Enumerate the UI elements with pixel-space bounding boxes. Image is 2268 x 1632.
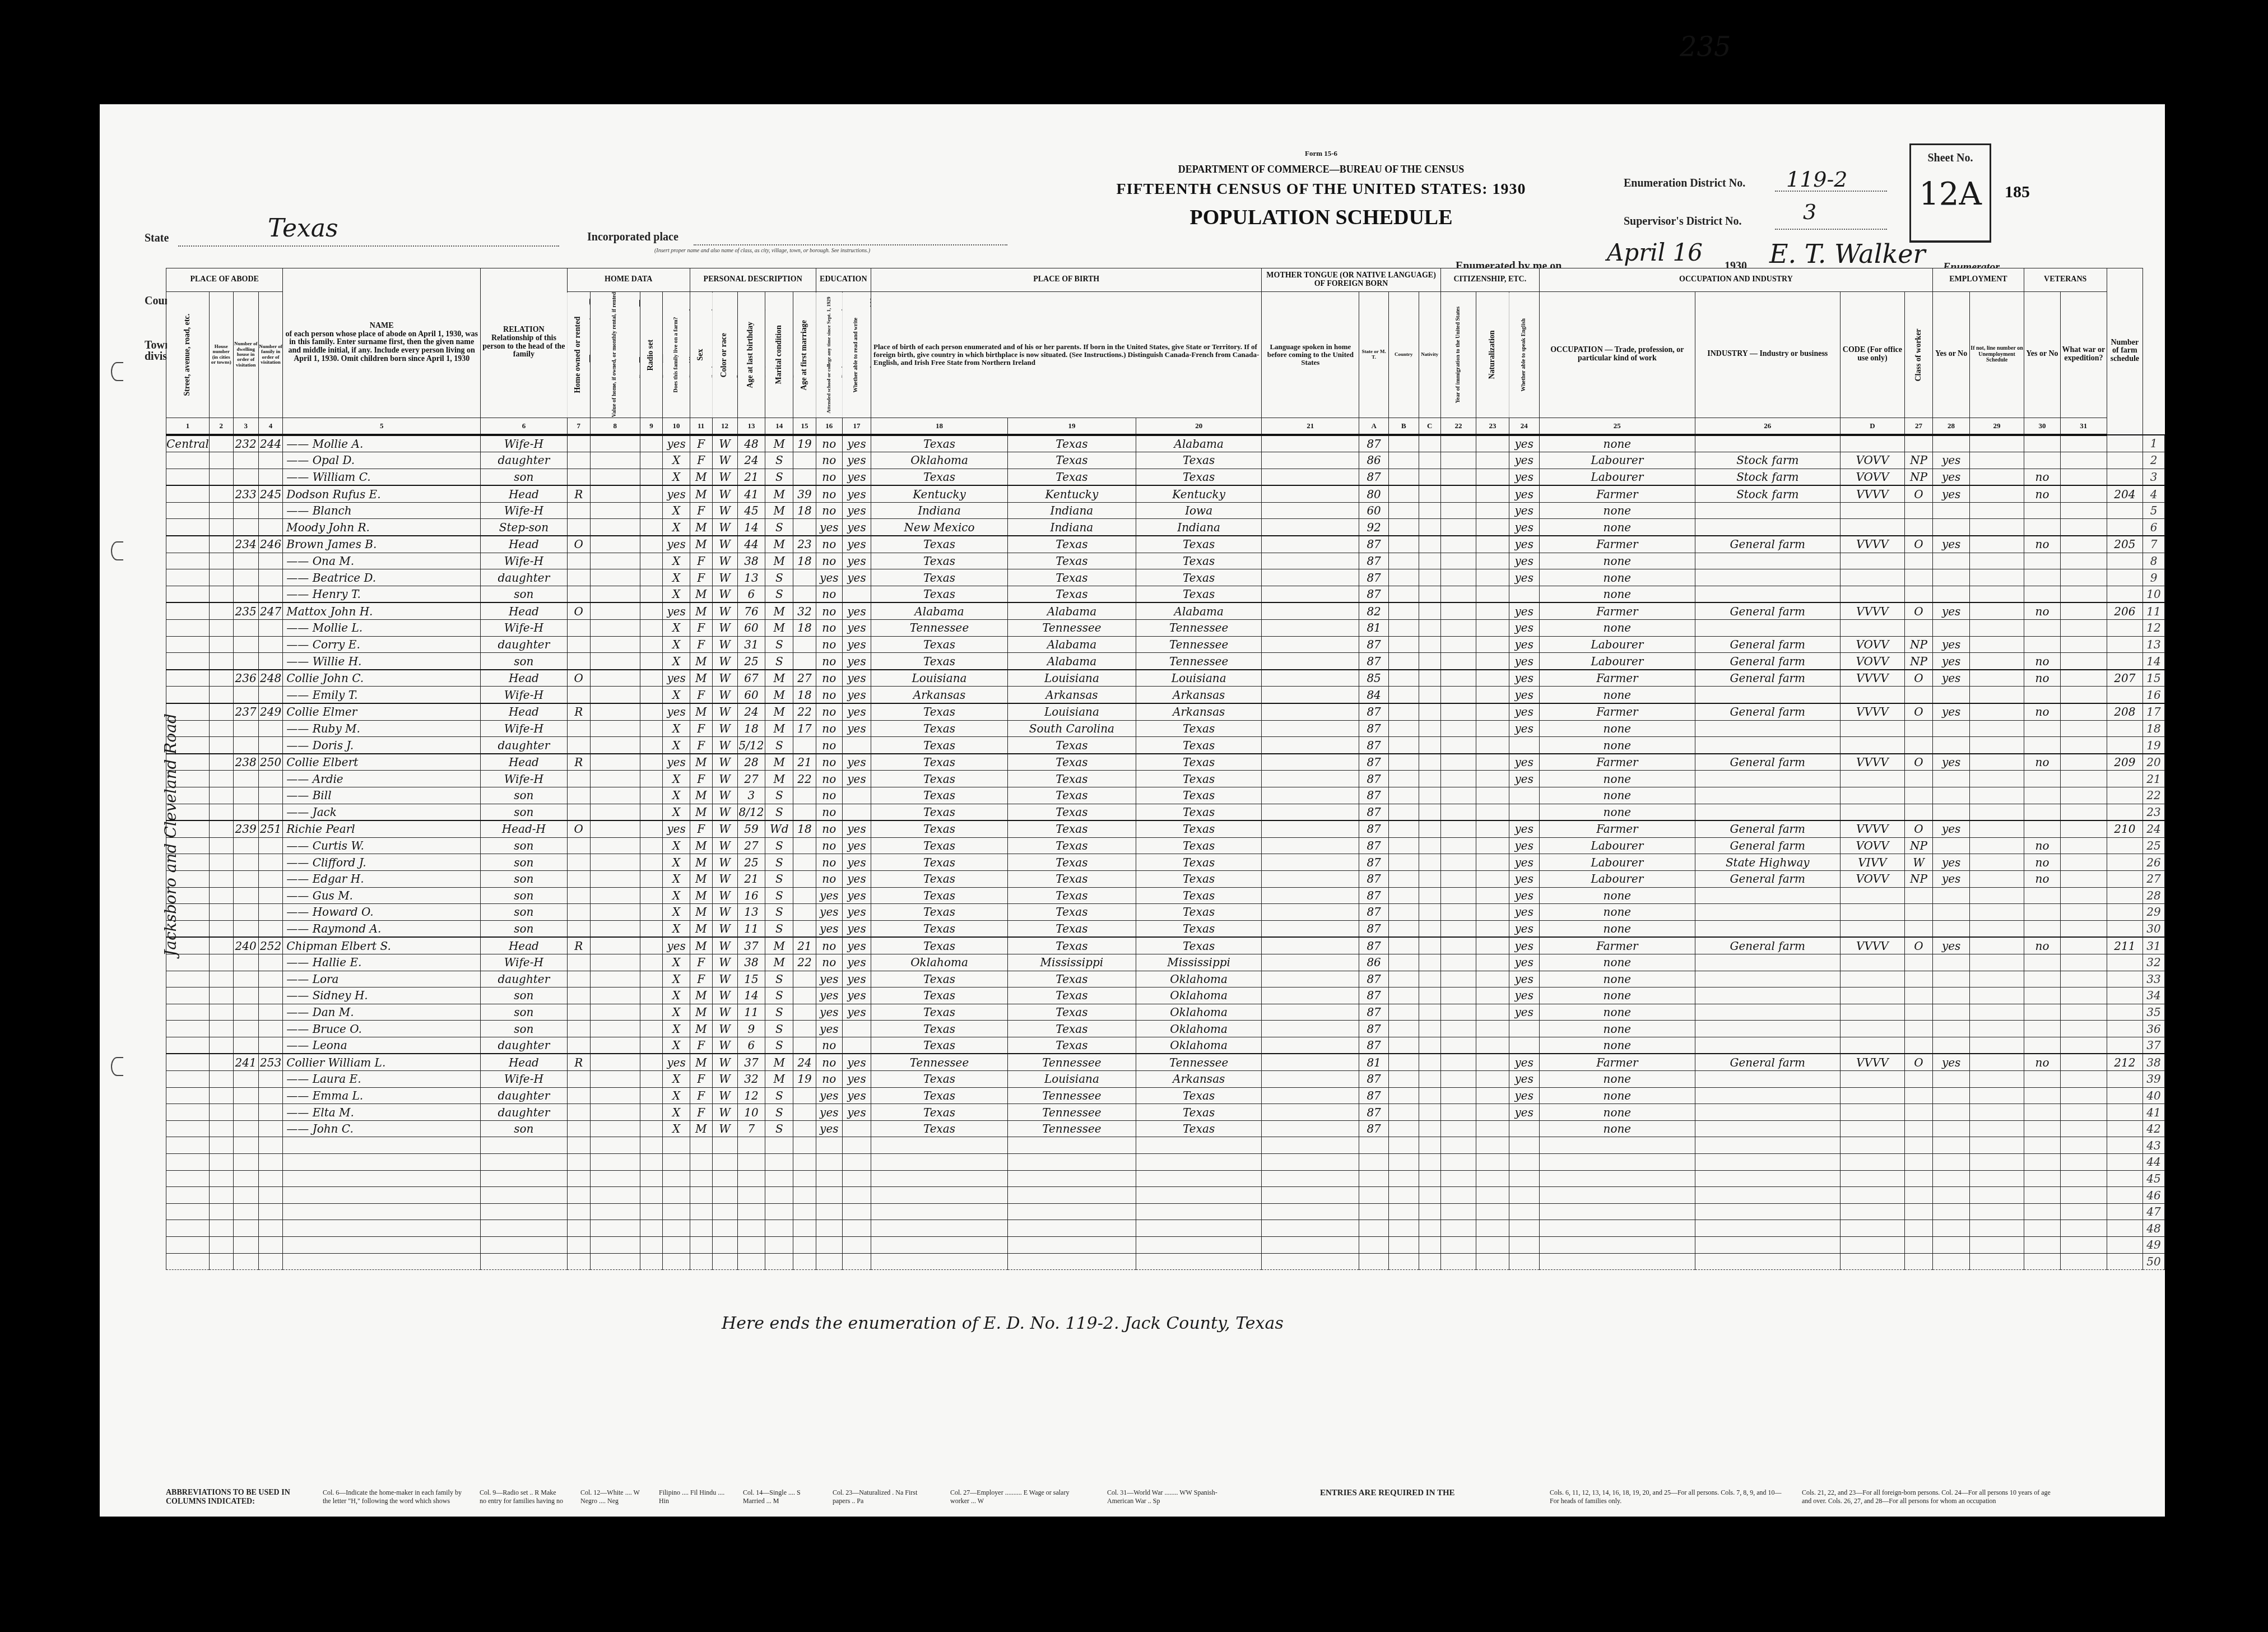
radio-cell	[640, 502, 663, 519]
dwelling-number-cell	[233, 1137, 258, 1154]
school-cell: no	[816, 452, 842, 469]
employed-cell	[1932, 837, 1969, 854]
birthplace-cell: Texas	[871, 1087, 1008, 1104]
employed-cell	[1932, 502, 1969, 519]
farm-schedule-cell	[2107, 553, 2143, 569]
marital-cell: S	[765, 1087, 793, 1104]
marital-cell: M	[765, 435, 793, 452]
race-cell: W	[712, 703, 737, 720]
age-cell: 60	[737, 687, 765, 703]
age-cell: 37	[737, 1054, 765, 1070]
sex-cell: M	[690, 536, 712, 553]
radio-cell	[640, 1037, 663, 1054]
home-owned-cell: R	[567, 703, 590, 720]
age-first-marriage-cell: 22	[793, 954, 816, 971]
radio-cell	[640, 1203, 663, 1220]
family-number-cell	[258, 954, 282, 971]
occupation-cell: none	[1539, 1021, 1695, 1037]
war-cell	[2061, 1021, 2107, 1037]
read-write-cell: yes	[842, 703, 871, 720]
industry-cell: Stock farm	[1695, 469, 1840, 485]
industry-cell	[1695, 971, 1840, 987]
house-number-cell	[209, 720, 233, 737]
name-cell: —— Willie H.	[283, 653, 481, 670]
language-cell	[1262, 870, 1359, 887]
marital-cell: M	[765, 954, 793, 971]
occupation-cell: none	[1539, 1104, 1695, 1121]
unemployment-line-cell	[1970, 569, 2024, 586]
speak-english-cell: yes	[1509, 636, 1539, 653]
immigration-year-cell	[1440, 519, 1476, 536]
immigration-year-cell	[1440, 737, 1476, 754]
employed-cell: yes	[1932, 854, 1969, 871]
street-cell	[166, 602, 210, 619]
column-number: 23	[1476, 418, 1509, 435]
immigration-year-cell	[1440, 720, 1476, 737]
mother-birthplace-cell	[1136, 1137, 1262, 1154]
nativity-code-cell	[1419, 1120, 1440, 1137]
occupation-cell: none	[1539, 1004, 1695, 1021]
speak-english-cell: yes	[1509, 870, 1539, 887]
home-value-cell	[590, 987, 640, 1004]
naturalization-cell	[1476, 620, 1509, 637]
industry-cell	[1695, 687, 1840, 703]
school-cell: yes	[816, 887, 842, 904]
stamp-number: 235	[1680, 31, 1731, 63]
naturalization-cell	[1476, 1037, 1509, 1054]
industry-cell	[1695, 569, 1840, 586]
mother-birthplace-cell	[1136, 1220, 1262, 1237]
sex-cell: M	[690, 670, 712, 687]
house-number-cell	[209, 569, 233, 586]
race-cell: W	[712, 887, 737, 904]
naturalization-cell	[1476, 485, 1509, 502]
nativity-code-cell	[1419, 1137, 1440, 1154]
veteran-cell: no	[2024, 653, 2060, 670]
age-cell: 6	[737, 586, 765, 602]
house-number-cell	[209, 553, 233, 569]
column-number: 25	[1539, 418, 1695, 435]
farm-cell: X	[663, 687, 690, 703]
state-code-cell: 87	[1359, 937, 1389, 954]
race-cell: W	[712, 804, 737, 820]
employed-cell: yes	[1932, 937, 1969, 954]
radio-cell	[640, 887, 663, 904]
read-write-cell: yes	[842, 870, 871, 887]
school-cell: no	[816, 954, 842, 971]
father-birthplace-cell: Texas	[1007, 920, 1136, 937]
department-title: DEPARTMENT OF COMMERCE—BUREAU OF THE CEN…	[1125, 164, 1517, 175]
employed-cell	[1932, 787, 1969, 804]
house-number-cell	[209, 771, 233, 787]
street-cell	[166, 687, 210, 703]
country-code-cell	[1389, 804, 1419, 820]
employed-cell: yes	[1932, 653, 1969, 670]
class-of-worker-cell	[1905, 1237, 1933, 1254]
school-cell: no	[816, 737, 842, 754]
marital-cell: M	[765, 536, 793, 553]
school-cell: no	[816, 870, 842, 887]
mother-birthplace-cell: Texas	[1136, 1087, 1262, 1104]
marital-cell: M	[765, 620, 793, 637]
birthplace-cell: Texas	[871, 937, 1008, 954]
marital-cell: M	[765, 771, 793, 787]
family-number-cell	[258, 1037, 282, 1054]
street-cell	[166, 536, 210, 553]
language-cell	[1262, 754, 1359, 771]
home-owned-cell	[567, 904, 590, 921]
occupation-code-cell	[1840, 920, 1904, 937]
birthplace-cell: Texas	[871, 553, 1008, 569]
country-code-cell	[1389, 703, 1419, 720]
relation-cell: Wife-H	[481, 687, 568, 703]
birthplace-cell: Texas	[871, 771, 1008, 787]
immigration-year-cell	[1440, 804, 1476, 820]
unemployment-line-cell	[1970, 870, 2024, 887]
industry-cell	[1695, 1154, 1840, 1171]
table-row: 50	[166, 1253, 2165, 1270]
state-code-cell: 82	[1359, 602, 1389, 619]
house-number-cell	[209, 954, 233, 971]
family-number-cell	[258, 1237, 282, 1254]
table-row: Moody John R.Step-sonXMW14SyesyesNew Mex…	[166, 519, 2165, 536]
age-first-marriage-cell	[793, 1137, 816, 1154]
sex-cell	[690, 1137, 712, 1154]
nativity-code-cell	[1419, 1037, 1440, 1054]
line-number: 34	[2143, 987, 2165, 1004]
entries-required: ENTRIES ARE REQUIRED IN THE	[1320, 1489, 1466, 1498]
dwelling-number-cell: 237	[233, 703, 258, 720]
home-value-cell	[590, 887, 640, 904]
line-number: 33	[2143, 971, 2165, 987]
punch-hole-mark	[111, 541, 123, 560]
class-of-worker-cell	[1905, 1021, 1933, 1037]
home-owned-cell	[567, 1220, 590, 1237]
unemployment-line-cell	[1970, 1203, 2024, 1220]
occupation-code-cell	[1840, 971, 1904, 987]
employed-cell	[1932, 771, 1969, 787]
veteran-cell: no	[2024, 1054, 2060, 1070]
street-cell	[166, 954, 210, 971]
father-birthplace-cell: Louisiana	[1007, 1071, 1136, 1088]
occupation-cell: none	[1539, 1120, 1695, 1137]
naturalization-cell	[1476, 435, 1509, 452]
table-row: —— JacksonXMW8/12SnoTexasTexasTexas87non…	[166, 804, 2165, 820]
employed-cell	[1932, 687, 1969, 703]
line-number: 28	[2143, 887, 2165, 904]
occupation-cell: none	[1539, 787, 1695, 804]
speak-english-cell: yes	[1509, 904, 1539, 921]
table-row: 239251Richie PearlHead-HOyesFW59Wd18noye…	[166, 820, 2165, 837]
street-cell	[166, 987, 210, 1004]
unemployment-line-cell	[1970, 586, 2024, 602]
nativity-code-cell	[1419, 804, 1440, 820]
marital-cell: S	[765, 1004, 793, 1021]
radio-cell	[640, 820, 663, 837]
relation-cell: Wife-H	[481, 435, 568, 452]
read-write-cell: yes	[842, 837, 871, 854]
father-birthplace-cell: Texas	[1007, 536, 1136, 553]
sex-cell	[690, 1220, 712, 1237]
street-cell	[166, 1104, 210, 1121]
employed-cell	[1932, 1104, 1969, 1121]
nativity-code-cell	[1419, 569, 1440, 586]
relation-cell: Wife-H	[481, 620, 568, 637]
age-cell: 14	[737, 519, 765, 536]
industry-cell	[1695, 502, 1840, 519]
farm-schedule-cell	[2107, 636, 2143, 653]
read-write-cell: yes	[842, 502, 871, 519]
incorporated-hint: (Insert proper name and also name of cla…	[654, 248, 870, 254]
country-code-cell	[1389, 1253, 1419, 1270]
name-cell: —— Clifford J.	[283, 854, 481, 871]
occupation-cell	[1539, 1203, 1695, 1220]
immigration-year-cell	[1440, 954, 1476, 971]
radio-cell	[640, 1187, 663, 1204]
unemployment-line-cell	[1970, 452, 2024, 469]
read-write-cell: yes	[842, 1054, 871, 1070]
industry-cell	[1695, 954, 1840, 971]
read-write-cell: yes	[842, 687, 871, 703]
nativity-code-cell	[1419, 1203, 1440, 1220]
race-cell: W	[712, 820, 737, 837]
school-cell	[816, 1220, 842, 1237]
age-first-marriage-cell	[793, 1087, 816, 1104]
mother-birthplace-cell: Kentucky	[1136, 485, 1262, 502]
age-first-marriage-cell: 21	[793, 937, 816, 954]
war-cell	[2061, 920, 2107, 937]
dwelling-number-cell	[233, 904, 258, 921]
column-number: 13	[737, 418, 765, 435]
table-row: —— Hallie E.Wife-HXFW38M22noyesOklahomaM…	[166, 954, 2165, 971]
read-write-cell: yes	[842, 971, 871, 987]
name-cell	[283, 1187, 481, 1204]
farm-schedule-cell	[2107, 586, 2143, 602]
farm-schedule-cell	[2107, 920, 2143, 937]
naturalization-cell	[1476, 469, 1509, 485]
language-cell	[1262, 1021, 1359, 1037]
name-cell: —— Sidney H.	[283, 987, 481, 1004]
language-cell	[1262, 1120, 1359, 1137]
race-cell: W	[712, 636, 737, 653]
occupation-code-cell	[1840, 1187, 1904, 1204]
family-number-cell	[258, 804, 282, 820]
group-mother-tongue: MOTHER TONGUE (OR NATIVE LANGUAGE) OF FO…	[1262, 268, 1440, 292]
nativity-code-cell	[1419, 703, 1440, 720]
country-code-cell	[1389, 452, 1419, 469]
class-of-worker-cell: O	[1905, 670, 1933, 687]
farm-cell: X	[663, 837, 690, 854]
farm-schedule-cell	[2107, 569, 2143, 586]
read-write-cell: yes	[842, 1087, 871, 1104]
dwelling-number-cell	[233, 1237, 258, 1254]
sex-cell: M	[690, 602, 712, 619]
birthplace-cell: Texas	[871, 586, 1008, 602]
speak-english-cell: yes	[1509, 920, 1539, 937]
column-number: D	[1840, 418, 1904, 435]
industry-cell: General farm	[1695, 536, 1840, 553]
sex-cell: M	[690, 469, 712, 485]
sex-cell: F	[690, 1037, 712, 1054]
home-value-cell	[590, 754, 640, 771]
immigration-year-cell	[1440, 687, 1476, 703]
industry-cell	[1695, 887, 1840, 904]
marital-cell: M	[765, 1054, 793, 1070]
column-number: 2	[209, 418, 233, 435]
radio-cell	[640, 937, 663, 954]
father-birthplace-cell: Texas	[1007, 452, 1136, 469]
language-cell	[1262, 519, 1359, 536]
occupation-code-cell	[1840, 1170, 1904, 1187]
occupation-cell: Farmer	[1539, 670, 1695, 687]
unemployment-line-cell	[1970, 837, 2024, 854]
speak-english-cell	[1509, 787, 1539, 804]
family-number-cell: 250	[258, 754, 282, 771]
home-owned-cell	[567, 1104, 590, 1121]
house-number-cell	[209, 1021, 233, 1037]
industry-cell	[1695, 987, 1840, 1004]
radio-cell	[640, 1120, 663, 1137]
home-value-cell	[590, 586, 640, 602]
nativity-code-cell	[1419, 1087, 1440, 1104]
country-code-cell	[1389, 904, 1419, 921]
dwelling-number-cell	[233, 636, 258, 653]
race-cell	[712, 1220, 737, 1237]
radio-cell	[640, 553, 663, 569]
farm-cell	[663, 1220, 690, 1237]
street-cell	[166, 519, 210, 536]
ed-value: 119-2	[1786, 167, 1848, 192]
war-cell	[2061, 653, 2107, 670]
marital-cell: S	[765, 887, 793, 904]
farm-cell: X	[663, 519, 690, 536]
speak-english-cell: yes	[1509, 620, 1539, 637]
home-owned-cell	[567, 435, 590, 452]
naturalization-cell	[1476, 670, 1509, 687]
father-birthplace-cell: Louisiana	[1007, 670, 1136, 687]
dwelling-number-cell	[233, 1120, 258, 1137]
marital-cell: M	[765, 720, 793, 737]
sex-cell	[690, 1203, 712, 1220]
veteran-cell: no	[2024, 670, 2060, 687]
nativity-code-cell	[1419, 519, 1440, 536]
class-of-worker-cell	[1905, 954, 1933, 971]
farm-cell: X	[663, 971, 690, 987]
table-row: —— Henry T.sonXMW6SnoTexasTexasTexas87no…	[166, 586, 2165, 602]
class-of-worker-cell	[1905, 1087, 1933, 1104]
immigration-year-cell	[1440, 1203, 1476, 1220]
birthplace-cell: Texas	[871, 820, 1008, 837]
occupation-code-cell	[1840, 954, 1904, 971]
read-write-cell: yes	[842, 569, 871, 586]
class-of-worker-cell	[1905, 737, 1933, 754]
employed-cell: yes	[1932, 1054, 1969, 1070]
occupation-cell: none	[1539, 435, 1695, 452]
street-cell	[166, 1253, 210, 1270]
state-code-cell	[1359, 1253, 1389, 1270]
name-cell: —— Laura E.	[283, 1071, 481, 1088]
line-number: 4	[2143, 485, 2165, 502]
country-code-cell	[1389, 687, 1419, 703]
table-row: 45	[166, 1170, 2165, 1187]
home-value-cell	[590, 1087, 640, 1104]
marital-cell	[765, 1253, 793, 1270]
naturalization-cell	[1476, 920, 1509, 937]
house-number-cell	[209, 670, 233, 687]
class-of-worker-cell	[1905, 987, 1933, 1004]
language-cell	[1262, 620, 1359, 637]
speak-english-cell: yes	[1509, 771, 1539, 787]
home-owned-cell	[567, 854, 590, 871]
race-cell: W	[712, 870, 737, 887]
occupation-cell: Labourer	[1539, 837, 1695, 854]
school-cell	[816, 1187, 842, 1204]
street-cell	[166, 1170, 210, 1187]
sex-cell: F	[690, 1104, 712, 1121]
birth-description: Place of birth of each person enumerated…	[871, 292, 1262, 418]
nativity-code-cell	[1419, 1253, 1440, 1270]
home-owned-cell	[567, 787, 590, 804]
age-first-marriage-cell: 32	[793, 602, 816, 619]
birthplace-cell: Texas	[871, 837, 1008, 854]
age-first-marriage-cell: 18	[793, 502, 816, 519]
family-number-cell	[258, 870, 282, 887]
war-cell	[2061, 987, 2107, 1004]
column-number: C	[1419, 418, 1440, 435]
name-cell: —— Mollie A.	[283, 435, 481, 452]
war-cell	[2061, 1037, 2107, 1054]
family-number-cell	[258, 502, 282, 519]
employed-cell	[1932, 904, 1969, 921]
state-code-cell: 87	[1359, 987, 1389, 1004]
father-birthplace-cell: Louisiana	[1007, 703, 1136, 720]
father-birthplace-cell: Tennessee	[1007, 1054, 1136, 1070]
relation-cell	[481, 1203, 568, 1220]
race-cell: W	[712, 854, 737, 871]
birthplace-cell	[871, 1237, 1008, 1254]
school-cell: yes	[816, 1087, 842, 1104]
unemployment-line-cell	[1970, 636, 2024, 653]
mother-birthplace-cell: Texas	[1136, 787, 1262, 804]
sex-cell	[690, 1237, 712, 1254]
state-code-cell: 87	[1359, 1071, 1389, 1088]
home-owned-cell	[567, 586, 590, 602]
farm-schedule-cell	[2107, 737, 2143, 754]
column-number: B	[1389, 418, 1419, 435]
immigration-year-cell	[1440, 870, 1476, 887]
immigration-year-cell	[1440, 1037, 1476, 1054]
home-owned-cell	[567, 870, 590, 887]
mother-birthplace-cell: Texas	[1136, 887, 1262, 904]
age-first-marriage-cell: 39	[793, 485, 816, 502]
dwelling-number-cell	[233, 837, 258, 854]
col-31-header: What war or expedition?	[2061, 292, 2107, 418]
immigration-year-cell	[1440, 854, 1476, 871]
name-cell: —— Lora	[283, 971, 481, 987]
home-value-cell	[590, 519, 640, 536]
farm-schedule-cell	[2107, 1071, 2143, 1088]
age-cell: 38	[737, 954, 765, 971]
name-cell: —— Gus M.	[283, 887, 481, 904]
sheet-value: 12A	[1911, 176, 1990, 212]
race-cell: W	[712, 1104, 737, 1121]
father-birthplace-cell: Texas	[1007, 904, 1136, 921]
state-code-cell: 87	[1359, 435, 1389, 452]
employed-cell	[1932, 920, 1969, 937]
house-number-cell	[209, 1154, 233, 1171]
relation-cell	[481, 1170, 568, 1187]
birthplace-cell: Texas	[871, 920, 1008, 937]
